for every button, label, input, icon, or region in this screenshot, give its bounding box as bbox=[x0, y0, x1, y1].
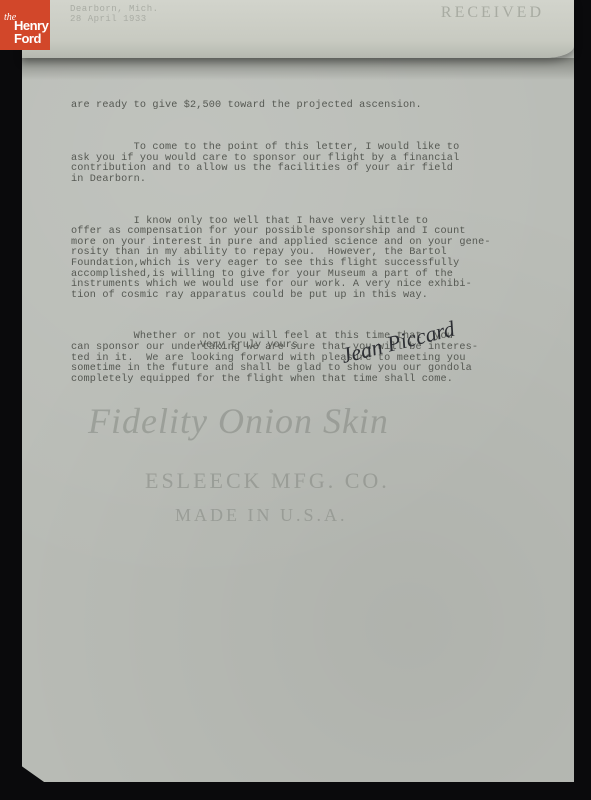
closing: Very truly yours bbox=[200, 340, 298, 351]
paragraph-3: I know only too well that I have very li… bbox=[71, 217, 541, 302]
henry-ford-logo[interactable]: the Henry Ford bbox=[0, 0, 50, 50]
fold-header-line2: 28 April 1933 bbox=[70, 14, 147, 24]
letter-body: are ready to give $2,500 toward the proj… bbox=[71, 80, 541, 406]
paragraph-1: are ready to give $2,500 toward the proj… bbox=[71, 101, 541, 112]
folded-header-strip: Dearborn, Mich. 28 April 1933 RECEIVED bbox=[22, 0, 574, 58]
fold-shadow bbox=[22, 58, 574, 80]
received-stamp: RECEIVED bbox=[441, 4, 544, 22]
fold-header-line1: Dearborn, Mich. bbox=[70, 4, 159, 14]
watermark-origin: MADE IN U.S.A. bbox=[175, 505, 348, 526]
watermark-brand: Fidelity Onion Skin bbox=[88, 400, 389, 442]
paragraph-4: Whether or not you will feel at this tim… bbox=[71, 332, 541, 385]
paragraph-2: To come to the point of this letter, I w… bbox=[71, 143, 541, 185]
watermark-maker: ESLEECK MFG. CO. bbox=[145, 468, 390, 494]
logo-ford: Ford bbox=[14, 31, 41, 46]
